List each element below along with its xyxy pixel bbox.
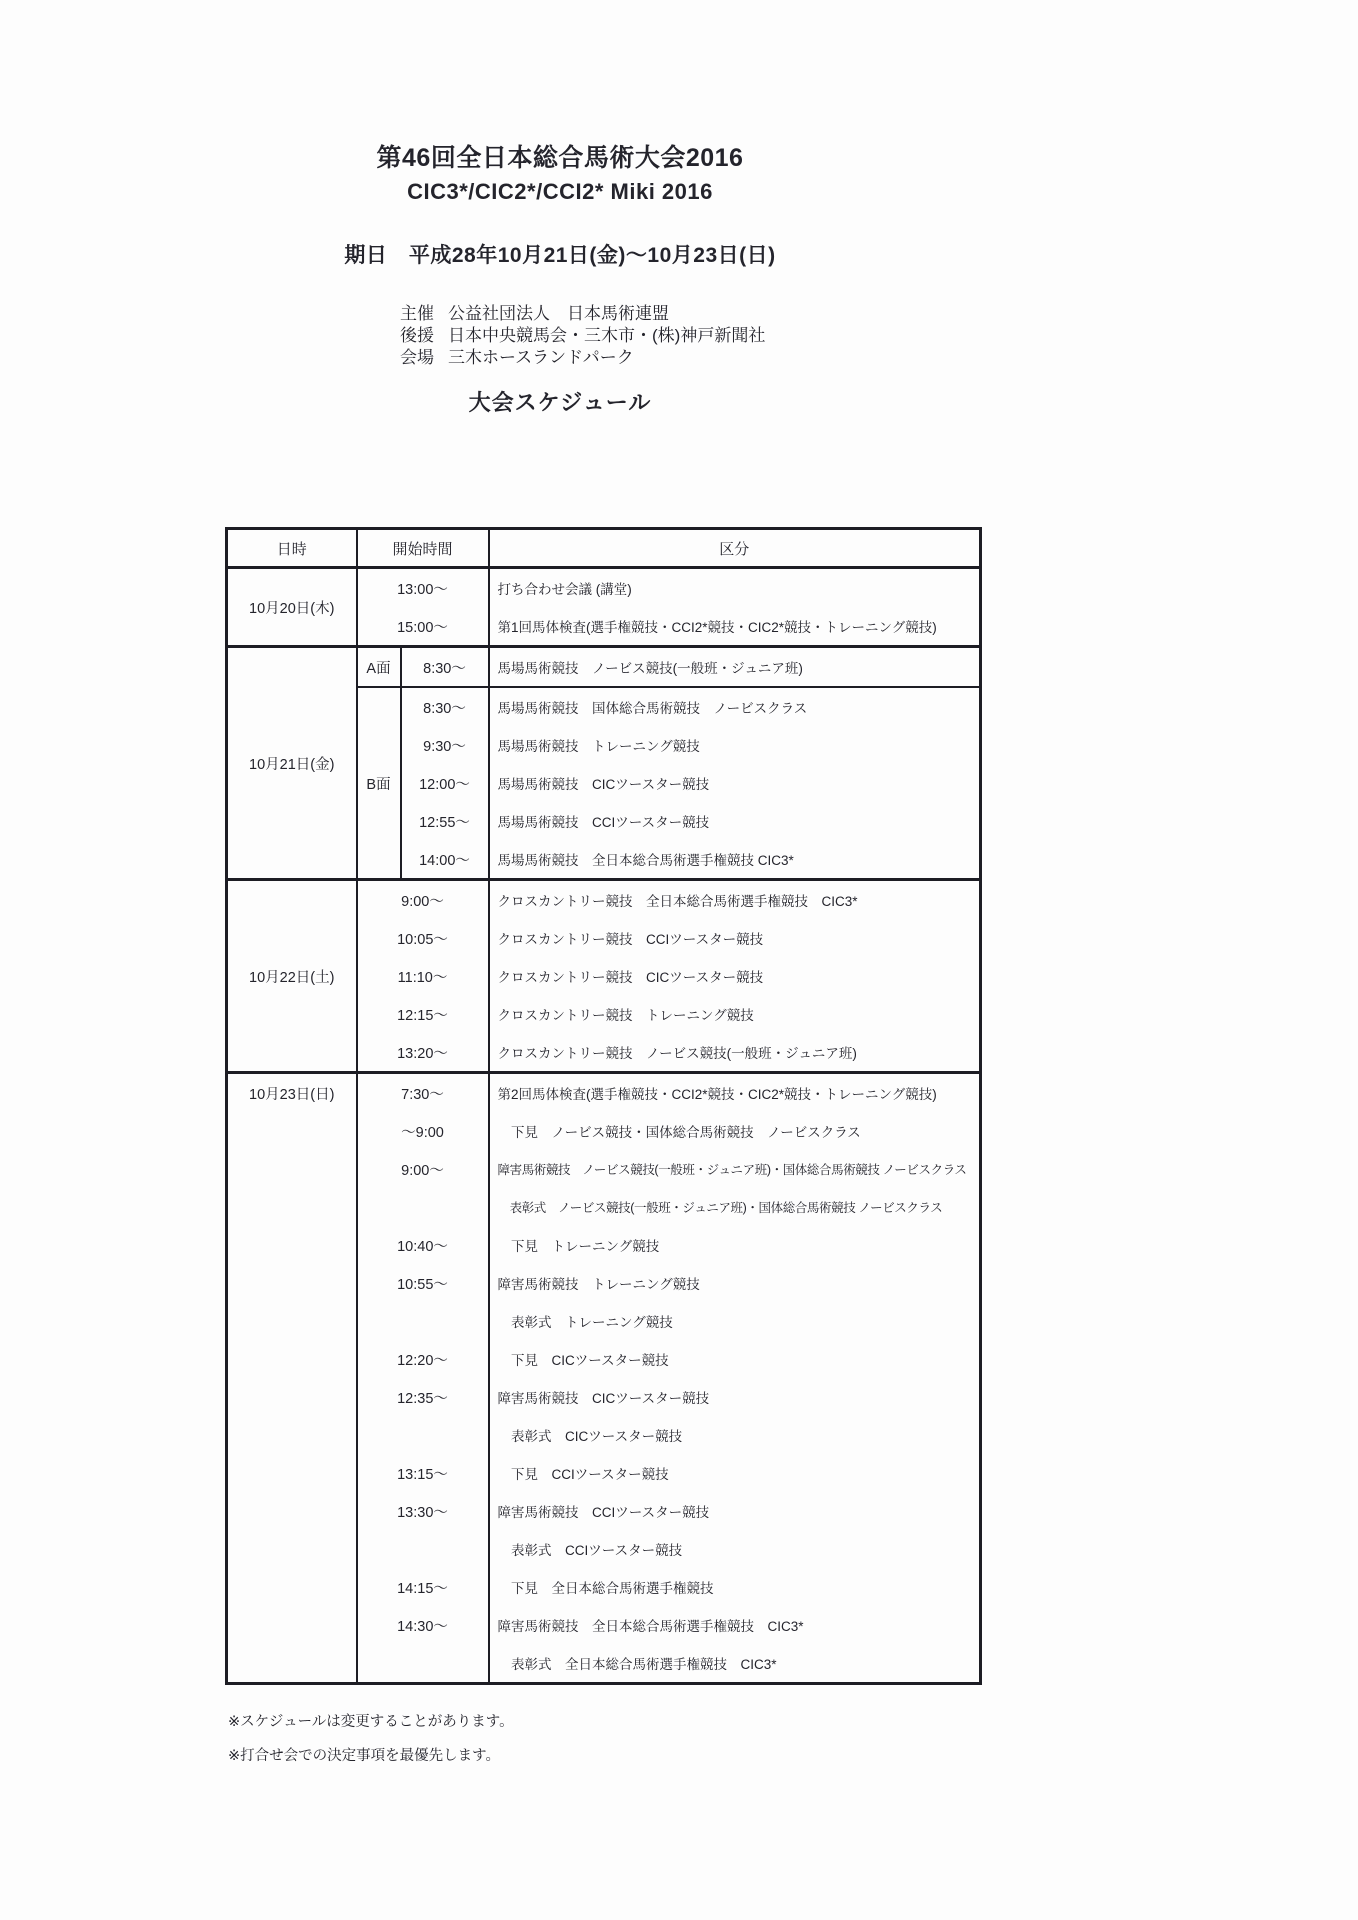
schedule-title: 大会スケジュール	[0, 386, 1120, 417]
time-cell: 13:30～	[357, 1492, 489, 1530]
time-cell: 13:15～	[357, 1454, 489, 1492]
category-cell: 馬場馬術競技 ノービス競技(一般班・ジュニア班)	[489, 647, 981, 688]
page-subtitle: CIC3*/CIC2*/CCI2* Miki 2016	[0, 179, 1120, 205]
date-cell: 10月20日(木)	[227, 568, 357, 647]
organizer-value: 日本中央競馬会・三木市・(株)神戸新聞社	[448, 326, 765, 345]
time-cell: 14:15～	[357, 1568, 489, 1606]
organizer-label: 主催	[400, 304, 434, 323]
table-row: 10月23日(日) 7:30～ 第2回馬体検査(選手権競技・CCI2*競技・CI…	[227, 1073, 981, 1113]
category-cell: 障害馬術競技 CICツースター競技	[489, 1378, 981, 1416]
table-row: 10月20日(木) 13:00～ 打ち合わせ会議 (講堂)	[227, 568, 981, 608]
category-cell: 表彰式 全日本総合馬術選手権競技 CIC3*	[489, 1644, 981, 1684]
category-cell: 障害馬術競技 CCIツースター競技	[489, 1492, 981, 1530]
time-cell: 10:05～	[357, 919, 489, 957]
category-cell: 馬場馬術競技 CICツースター競技	[489, 764, 981, 802]
organizer-block: 主催公益社団法人 日本馬術連盟 後援日本中央競馬会・三木市・(株)神戸新聞社 会…	[400, 303, 1120, 369]
col-header-start-time: 開始時間	[357, 529, 489, 568]
category-cell: 下見 CCIツースター競技	[489, 1454, 981, 1492]
footnotes: ※スケジュールは変更することがあります。 ※打合せ会での決定事項を最優先します。	[228, 1705, 1120, 1773]
time-cell: 13:20～	[357, 1033, 489, 1073]
category-cell: クロスカントリー競技 トレーニング競技	[489, 995, 981, 1033]
category-cell: 馬場馬術競技 全日本総合馬術選手権競技 CIC3*	[489, 840, 981, 880]
time-cell: 8:30～	[401, 687, 489, 726]
category-cell: 表彰式 CICツースター競技	[489, 1416, 981, 1454]
time-cell	[357, 1416, 489, 1454]
footnote: ※打合せ会での決定事項を最優先します。	[228, 1739, 1120, 1773]
time-cell: 8:30～	[401, 647, 489, 688]
table-row: 10月21日(金) A面 8:30～ 馬場馬術競技 ノービス競技(一般班・ジュニ…	[227, 647, 981, 688]
time-cell: 15:00～	[357, 607, 489, 647]
category-cell: 打ち合わせ会議 (講堂)	[489, 568, 981, 608]
organizer-row: 後援日本中央競馬会・三木市・(株)神戸新聞社	[400, 325, 1120, 347]
time-cell: 12:00～	[401, 764, 489, 802]
table-header-row: 日時 開始時間 区分	[227, 529, 981, 568]
time-cell: 12:35～	[357, 1378, 489, 1416]
time-cell	[357, 1644, 489, 1684]
category-cell: 表彰式 ノービス競技(一般班・ジュニア班)・国体総合馬術競技 ノービスクラス	[489, 1188, 981, 1226]
time-cell: 9:00～	[357, 1150, 489, 1188]
date-cell: 10月23日(日)	[227, 1073, 357, 1684]
organizer-value: 三木ホースランドパーク	[448, 348, 634, 367]
time-cell	[357, 1530, 489, 1568]
category-cell: 表彰式 トレーニング競技	[489, 1302, 981, 1340]
category-cell: 障害馬術競技 全日本総合馬術選手権競技 CIC3*	[489, 1606, 981, 1644]
organizer-row: 会場三木ホースランドパーク	[400, 347, 1120, 369]
time-cell: ～9:00	[357, 1112, 489, 1150]
time-cell: 9:30～	[401, 726, 489, 764]
category-cell: クロスカントリー競技 ノービス競技(一般班・ジュニア班)	[489, 1033, 981, 1073]
arena-cell: B面	[357, 687, 401, 880]
organizer-label: 後援	[400, 326, 434, 345]
category-cell: 下見 全日本総合馬術選手権競技	[489, 1568, 981, 1606]
time-cell: 12:55～	[401, 802, 489, 840]
time-cell: 12:15～	[357, 995, 489, 1033]
document-page: 第46回全日本総合馬術大会2016 CIC3*/CIC2*/CCI2* Miki…	[0, 0, 1358, 1920]
organizer-value: 公益社団法人 日本馬術連盟	[448, 304, 669, 323]
category-cell: クロスカントリー競技 全日本総合馬術選手権競技 CIC3*	[489, 880, 981, 920]
time-cell: 14:00～	[401, 840, 489, 880]
schedule-table: 日時 開始時間 区分 10月20日(木) 13:00～ 打ち合わせ会議 (講堂)…	[225, 527, 982, 1685]
time-cell: 13:00～	[357, 568, 489, 608]
time-cell: 10:40～	[357, 1226, 489, 1264]
organizer-row: 主催公益社団法人 日本馬術連盟	[400, 303, 1120, 325]
time-cell: 9:00～	[357, 880, 489, 920]
category-cell: 馬場馬術競技 国体総合馬術競技 ノービスクラス	[489, 687, 981, 726]
table-row: 10月22日(土) 9:00～ クロスカントリー競技 全日本総合馬術選手権競技 …	[227, 880, 981, 920]
time-cell	[357, 1302, 489, 1340]
footnote: ※スケジュールは変更することがあります。	[228, 1705, 1120, 1739]
category-cell: 下見 CICツースター競技	[489, 1340, 981, 1378]
time-cell	[357, 1188, 489, 1226]
time-cell: 14:30～	[357, 1606, 489, 1644]
col-header-date: 日時	[227, 529, 357, 568]
category-cell: 障害馬術競技 ノービス競技(一般班・ジュニア班)・国体総合馬術競技 ノービスクラ…	[489, 1150, 981, 1188]
category-cell: 第2回馬体検査(選手権競技・CCI2*競技・CIC2*競技・トレーニング競技)	[489, 1073, 981, 1113]
time-cell: 12:20～	[357, 1340, 489, 1378]
category-cell: 障害馬術競技 トレーニング競技	[489, 1264, 981, 1302]
category-cell: 表彰式 CCIツースター競技	[489, 1530, 981, 1568]
category-cell: クロスカントリー競技 CCIツースター競技	[489, 919, 981, 957]
time-cell: 11:10～	[357, 957, 489, 995]
event-date-line: 期日 平成28年10月21日(金)～10月23日(日)	[0, 239, 1120, 269]
category-cell: 馬場馬術競技 CCIツースター競技	[489, 802, 981, 840]
date-cell: 10月21日(金)	[227, 647, 357, 880]
category-cell: 第1回馬体検査(選手権競技・CCI2*競技・CIC2*競技・トレーニング競技)	[489, 607, 981, 647]
page-title: 第46回全日本総合馬術大会2016	[0, 138, 1120, 174]
category-cell: 下見 トレーニング競技	[489, 1226, 981, 1264]
category-cell: クロスカントリー競技 CICツースター競技	[489, 957, 981, 995]
col-header-category: 区分	[489, 529, 981, 568]
category-cell: 馬場馬術競技 トレーニング競技	[489, 726, 981, 764]
category-cell: 下見 ノービス競技・国体総合馬術競技 ノービスクラス	[489, 1112, 981, 1150]
time-cell: 10:55～	[357, 1264, 489, 1302]
arena-cell: A面	[357, 647, 401, 688]
organizer-label: 会場	[400, 348, 434, 367]
time-cell: 7:30～	[357, 1073, 489, 1113]
date-cell: 10月22日(土)	[227, 880, 357, 1073]
